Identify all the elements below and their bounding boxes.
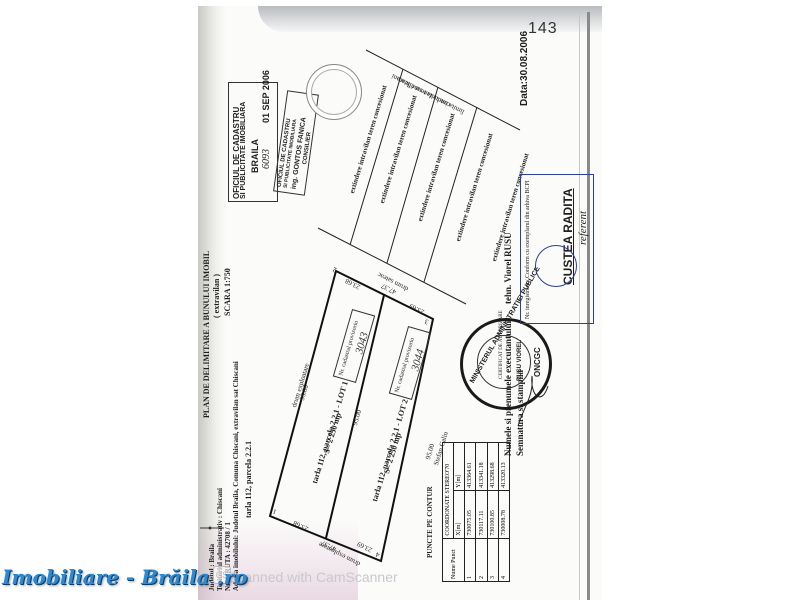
author-name: tehn. Viorel RUSU bbox=[504, 232, 513, 304]
site-logo[interactable]: Imobiliare - Brăila .ro bbox=[2, 565, 247, 589]
table-row: 1730075.05413364.61 bbox=[465, 443, 476, 582]
contour-table: Nume Punct COORDONATE STEREO'70 X[m] Y[m… bbox=[442, 442, 510, 582]
signature-scribble bbox=[514, 366, 554, 436]
th-x: X[m] bbox=[454, 490, 465, 538]
table-row: 2730117.11413341.18 bbox=[476, 443, 487, 582]
table-row: 4730008.78413320.13 bbox=[498, 443, 509, 582]
ocpi-registration-stamp: OFICIUL DE CADASTRU SI PUBLICITATE IMOBI… bbox=[228, 82, 278, 202]
scanned-document-page: 143 Judetul : Braila Teritoriul administ… bbox=[198, 6, 602, 600]
th-coords: COORDONATE STEREO'70 bbox=[443, 443, 454, 539]
th-point: Nume Punct bbox=[443, 538, 465, 581]
referent-stamp: Nr. inregistrare / Conform cu exemplarul… bbox=[520, 174, 594, 324]
table-row: 3730100.85413298.68 bbox=[487, 443, 498, 582]
round-seal-ocpi bbox=[306, 64, 362, 120]
th-y: Y[m] bbox=[454, 443, 465, 491]
camscanner-watermark: Scanned with CamScanner bbox=[228, 569, 398, 585]
contour-title: PUNCTE PE CONTUR bbox=[426, 486, 434, 558]
